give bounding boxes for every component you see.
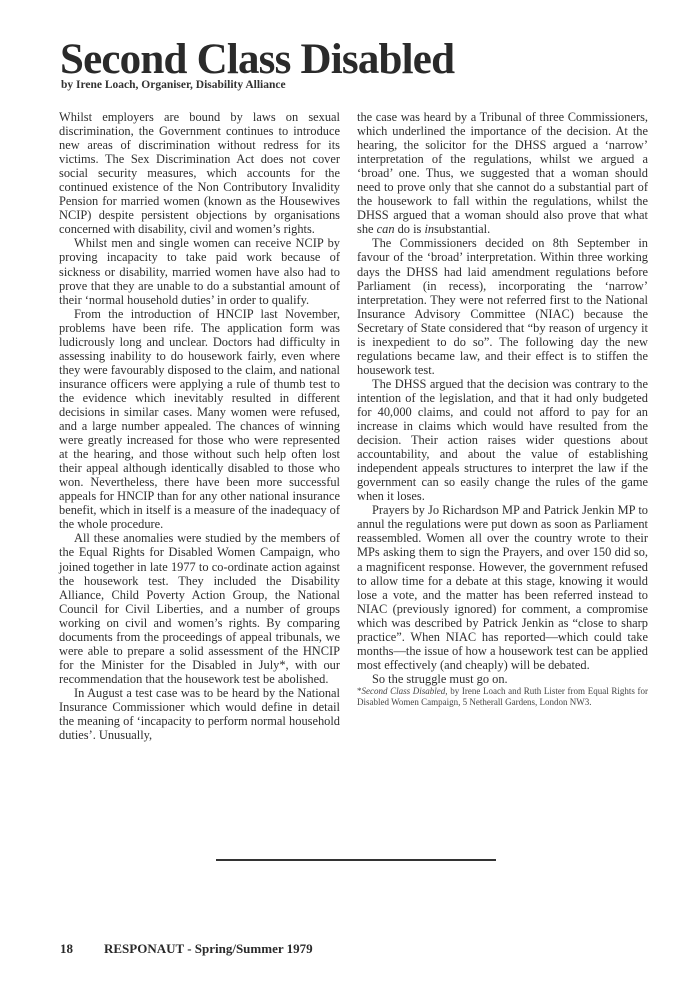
paragraph: Whilst employers are bound by laws on se… <box>59 110 340 236</box>
paragraph: Prayers by Jo Richardson MP and Patrick … <box>357 503 648 672</box>
footnote-title: Second Class Disabled <box>362 686 446 696</box>
section-divider <box>216 859 496 861</box>
paragraph: From the introduction of HNCIP last Nove… <box>59 307 340 532</box>
emphasis-text: can <box>377 222 395 236</box>
page-number: 18 <box>60 941 104 957</box>
text-run: substantial. <box>434 222 490 236</box>
emphasis-text: in <box>424 222 434 236</box>
page-footer: 18RESPONAUT - Spring/Summer 1979 <box>60 941 313 957</box>
text-run: do is <box>395 222 425 236</box>
left-column: Whilst employers are bound by laws on se… <box>59 110 340 742</box>
paragraph: The Commissioners decided on 8th Septemb… <box>357 236 648 376</box>
paragraph: the case was heard by a Tribunal of thre… <box>357 110 648 236</box>
paragraph: The DHSS argued that the decision was co… <box>357 377 648 503</box>
right-column: the case was heard by a Tribunal of thre… <box>357 110 648 708</box>
article-title: Second Class Disabled <box>60 36 454 84</box>
paragraph: Whilst men and single women can receive … <box>59 236 340 306</box>
paragraph: So the struggle must go on. <box>357 672 648 686</box>
text-run: the case was heard by a Tribunal of thre… <box>357 110 648 236</box>
article-byline: by Irene Loach, Organiser, Disability Al… <box>61 79 286 91</box>
paragraph: In August a test case was to be heard by… <box>59 686 340 742</box>
publication-name: RESPONAUT - Spring/Summer 1979 <box>104 941 313 956</box>
footnote: *Second Class Disabled, by Irene Loach a… <box>357 686 648 708</box>
paragraph: All these anomalies were studied by the … <box>59 531 340 686</box>
